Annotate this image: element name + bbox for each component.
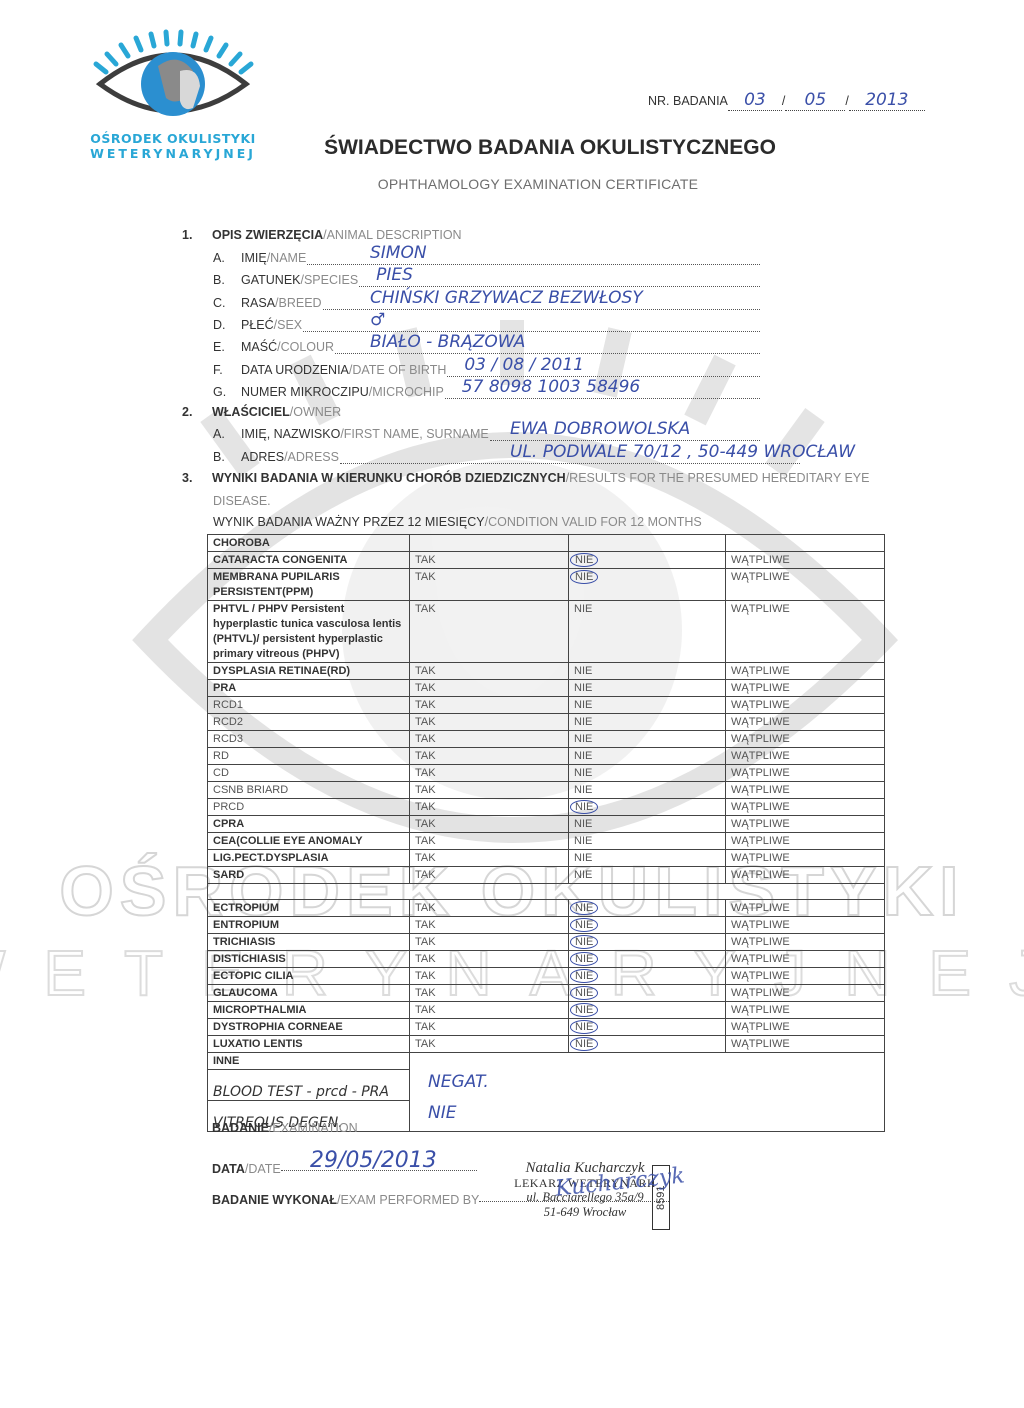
circled-answer: NIE [570, 986, 598, 1000]
table-row: DYSTROPHIA CORNEAETAKNIEWĄTPLIWE [208, 1019, 885, 1036]
option-tak: TAK [410, 917, 569, 934]
circled-answer: NIE [570, 570, 598, 584]
eye-logo-icon [88, 26, 258, 126]
option-tak: TAK [410, 569, 569, 601]
disease-name: ECTROPIUM [208, 900, 410, 917]
table-row: ECTOPIC CILIATAKNIEWĄTPLIWE [208, 968, 885, 985]
exam-date-value: 29/05/2013 [310, 1148, 437, 1173]
option-nie: NIE [569, 731, 726, 748]
option-tak: TAK [410, 601, 569, 663]
disease-name: RD [208, 748, 410, 765]
option-tak: TAK [410, 748, 569, 765]
option-watpliwe: WĄTPLIWE [726, 697, 885, 714]
option-tak: TAK [410, 1019, 569, 1036]
animal-field-1: B.GATUNEK/SPECIES [213, 273, 358, 294]
option-tak: TAK [410, 765, 569, 782]
disease-name: CSNB BRIARD [208, 782, 410, 799]
option-tak: TAK [410, 552, 569, 569]
option-nie: NIE [569, 765, 726, 782]
document-subtitle: OPHTHAMOLOGY EXAMINATION CERTIFICATE [0, 176, 1024, 192]
disease-name: PHTVL / PHPV Persistent hyperplastic tun… [208, 601, 410, 663]
table-row: DISTICHIASISTAKNIEWĄTPLIWE [208, 951, 885, 968]
disease-name: CD [208, 765, 410, 782]
option-watpliwe: WĄTPLIWE [726, 799, 885, 816]
circled-answer: NIE [570, 901, 598, 915]
option-nie: NIE [569, 552, 726, 569]
animal-value-1: PIES [376, 265, 413, 285]
option-nie: NIE [569, 663, 726, 680]
option-watpliwe: WĄTPLIWE [726, 601, 885, 663]
circled-answer: NIE [570, 918, 598, 932]
option-nie: NIE [569, 1036, 726, 1053]
results-table: CHOROBACATARACTA CONGENITATAKNIEWĄTPLIWE… [207, 534, 885, 1132]
option-nie: NIE [569, 1019, 726, 1036]
animal-field-3: D.PŁEĆ/SEX [213, 318, 302, 339]
table-row: MICROPTHALMIATAKNIEWĄTPLIWE [208, 1002, 885, 1019]
table-row: CPRATAKNIEWĄTPLIWE [208, 816, 885, 833]
disease-name: LUXATIO LENTIS [208, 1036, 410, 1053]
table-row: RDTAKNIEWĄTPLIWE [208, 748, 885, 765]
table-row: ECTROPIUMTAKNIEWĄTPLIWE [208, 900, 885, 917]
option-watpliwe: WĄTPLIWE [726, 816, 885, 833]
inne-item-name: BLOOD TEST - prcd - PRA [208, 1070, 410, 1101]
disease-name: DYSTROPHIA CORNEAE [208, 1019, 410, 1036]
document-title: ŚWIADECTWO BADANIA OKULISTYCZNEGO [0, 136, 1024, 160]
option-nie: NIE [569, 680, 726, 697]
circled-answer: NIE [570, 1003, 598, 1017]
owner-field-1: B.ADRES/ADRESS [213, 450, 339, 471]
option-nie: NIE [569, 1002, 726, 1019]
option-watpliwe: WĄTPLIWE [726, 1019, 885, 1036]
animal-field-6: G.NUMER MIKROCZIPU/MICROCHIP [213, 385, 444, 406]
disease-name: DYSPLASIA RETINAE(RD) [208, 663, 410, 680]
option-nie: NIE [569, 867, 726, 884]
animal-field-4: E.MAŚĆ/COLOUR [213, 340, 334, 361]
table-row: RCD2TAKNIEWĄTPLIWE [208, 714, 885, 731]
option-tak: TAK [410, 663, 569, 680]
table-row: RCD3TAKNIEWĄTPLIWE [208, 731, 885, 748]
disease-name: MICROPTHALMIA [208, 1002, 410, 1019]
option-nie: NIE [569, 951, 726, 968]
table-row: ENTROPIUMTAKNIEWĄTPLIWE [208, 917, 885, 934]
option-nie: NIE [569, 900, 726, 917]
option-tak: TAK [410, 1036, 569, 1053]
disease-name: RCD3 [208, 731, 410, 748]
disease-name: RCD1 [208, 697, 410, 714]
option-tak: TAK [410, 697, 569, 714]
disease-name: TRICHIASIS [208, 934, 410, 951]
option-nie: NIE [569, 985, 726, 1002]
table-header-row: CHOROBA [208, 535, 885, 552]
table-spacer-row [208, 884, 885, 900]
option-tak: TAK [410, 900, 569, 917]
animal-value-0: SIMON [370, 243, 427, 263]
option-watpliwe: WĄTPLIWE [726, 833, 885, 850]
option-watpliwe: WĄTPLIWE [726, 782, 885, 799]
disease-name: CPRA [208, 816, 410, 833]
option-watpliwe: WĄTPLIWE [726, 731, 885, 748]
option-watpliwe: WĄTPLIWE [726, 1036, 885, 1053]
animal-value-2: CHIŃSKI GRZYWACZ BEZWŁOSY [370, 288, 643, 308]
option-tak: TAK [410, 951, 569, 968]
option-watpliwe: WĄTPLIWE [726, 934, 885, 951]
option-tak: TAK [410, 731, 569, 748]
option-nie: NIE [569, 748, 726, 765]
option-tak: TAK [410, 934, 569, 951]
table-row-inne: INNENEGAT.NIE [208, 1053, 885, 1070]
option-nie: NIE [569, 816, 726, 833]
option-tak: TAK [410, 1002, 569, 1019]
option-watpliwe: WĄTPLIWE [726, 765, 885, 782]
circled-answer: NIE [570, 1037, 598, 1051]
table-row: LUXATIO LENTISTAKNIEWĄTPLIWE [208, 1036, 885, 1053]
inne-label: INNE [208, 1053, 410, 1070]
inne-result-value: NEGAT. [428, 1075, 489, 1090]
disease-name: GLAUCOMA [208, 985, 410, 1002]
owner-value-0: EWA DOBROWOLSKA [510, 419, 690, 439]
table-row: PRCDTAKNIEWĄTPLIWE [208, 799, 885, 816]
table-row: CDTAKNIEWĄTPLIWE [208, 765, 885, 782]
option-tak: TAK [410, 850, 569, 867]
disease-name: ECTOPIC CILIA [208, 968, 410, 985]
circled-answer: NIE [570, 935, 598, 949]
option-tak: TAK [410, 680, 569, 697]
disease-name: LIG.PECT.DYSPLASIA [208, 850, 410, 867]
option-watpliwe: WĄTPLIWE [726, 917, 885, 934]
option-nie: NIE [569, 833, 726, 850]
animal-value-3: ♂ [370, 310, 385, 330]
option-tak: TAK [410, 985, 569, 1002]
option-watpliwe: WĄTPLIWE [726, 569, 885, 601]
option-watpliwe: WĄTPLIWE [726, 748, 885, 765]
circled-answer: NIE [570, 800, 598, 814]
option-tak: TAK [410, 816, 569, 833]
option-watpliwe: WĄTPLIWE [726, 900, 885, 917]
option-nie: NIE [569, 782, 726, 799]
option-nie: NIE [569, 934, 726, 951]
owner-field-0: A.IMIĘ, NAZWISKO/FIRST NAME, SURNAME [213, 427, 489, 448]
dotted-fill-line [445, 398, 760, 399]
option-tak: TAK [410, 782, 569, 799]
option-nie: NIE [569, 968, 726, 985]
option-watpliwe: WĄTPLIWE [726, 663, 885, 680]
option-watpliwe: WĄTPLIWE [726, 968, 885, 985]
table-row: TRICHIASISTAKNIEWĄTPLIWE [208, 934, 885, 951]
option-watpliwe: WĄTPLIWE [726, 850, 885, 867]
animal-value-4: BIAŁO - BRĄZOWA [370, 332, 525, 352]
disease-name: SARD [208, 867, 410, 884]
table-row: CEA(COLLIE EYE ANOMALYTAKNIEWĄTPLIWE [208, 833, 885, 850]
option-tak: TAK [410, 867, 569, 884]
table-row: LIG.PECT.DYSPLASIATAKNIEWĄTPLIWE [208, 850, 885, 867]
option-tak: TAK [410, 714, 569, 731]
disease-name: ENTROPIUM [208, 917, 410, 934]
option-nie: NIE [569, 850, 726, 867]
option-nie: NIE [569, 569, 726, 601]
option-nie: NIE [569, 714, 726, 731]
option-watpliwe: WĄTPLIWE [726, 985, 885, 1002]
option-watpliwe: WĄTPLIWE [726, 680, 885, 697]
table-row: CSNB BRIARDTAKNIEWĄTPLIWE [208, 782, 885, 799]
disease-name: DISTICHIASIS [208, 951, 410, 968]
disease-name: PRA [208, 680, 410, 697]
table-row: PRATAKNIEWĄTPLIWE [208, 680, 885, 697]
table-row: RCD1TAKNIEWĄTPLIWE [208, 697, 885, 714]
section-results-title-cont: DISEASE. [213, 494, 271, 515]
table-row: CATARACTA CONGENITATAKNIEWĄTPLIWE [208, 552, 885, 569]
option-watpliwe: WĄTPLIWE [726, 552, 885, 569]
animal-value-6: 57 8098 1003 58496 [462, 377, 640, 397]
option-watpliwe: WĄTPLIWE [726, 1002, 885, 1019]
animal-field-2: C.RASA/BREED [213, 296, 322, 317]
disease-name: MEMBRANA PUPILARIS PERSISTENT(PPM) [208, 569, 410, 601]
option-nie: NIE [569, 917, 726, 934]
option-tak: TAK [410, 799, 569, 816]
option-tak: TAK [410, 833, 569, 850]
disease-name: CEA(COLLIE EYE ANOMALY [208, 833, 410, 850]
table-row: SARDTAKNIEWĄTPLIWE [208, 867, 885, 884]
table-row: DYSPLASIA RETINAE(RD)TAKNIEWĄTPLIWE [208, 663, 885, 680]
inne-results: NEGAT.NIE [410, 1053, 885, 1132]
inne-result-value: NIE [428, 1106, 456, 1121]
table-row: GLAUCOMATAKNIEWĄTPLIWE [208, 985, 885, 1002]
option-nie: NIE [569, 601, 726, 663]
animal-value-5: 03 / 08 / 2011 [464, 355, 584, 375]
dotted-fill-line [340, 463, 800, 464]
validity-note: WYNIK BADANIA WAŻNY PRZEZ 12 MIESIĘCY/CO… [213, 515, 702, 536]
disease-name: RCD2 [208, 714, 410, 731]
option-watpliwe: WĄTPLIWE [726, 951, 885, 968]
examination-label: BADANIE/EXAMINATION [212, 1121, 358, 1135]
circled-answer: NIE [570, 969, 598, 983]
circled-answer: NIE [570, 1020, 598, 1034]
owner-value-1: UL. PODWALE 70/12 , 50-449 WROCŁAW [510, 442, 855, 462]
table-row: MEMBRANA PUPILARIS PERSISTENT(PPM)TAKNIE… [208, 569, 885, 601]
circled-answer: NIE [570, 952, 598, 966]
option-nie: NIE [569, 697, 726, 714]
disease-name: PRCD [208, 799, 410, 816]
animal-field-5: F.DATA URODZENIA/DATE OF BIRTH [213, 363, 446, 384]
disease-name: CATARACTA CONGENITA [208, 552, 410, 569]
circled-answer: NIE [570, 553, 598, 567]
animal-field-0: A.IMIĘ/NAME [213, 251, 306, 272]
dotted-fill-line [323, 309, 760, 310]
exam-number: NR. BADANIA03/05/2013 [648, 90, 925, 111]
table-row: PHTVL / PHPV Persistent hyperplastic tun… [208, 601, 885, 663]
option-watpliwe: WĄTPLIWE [726, 714, 885, 731]
option-tak: TAK [410, 968, 569, 985]
option-watpliwe: WĄTPLIWE [726, 867, 885, 884]
option-nie: NIE [569, 799, 726, 816]
